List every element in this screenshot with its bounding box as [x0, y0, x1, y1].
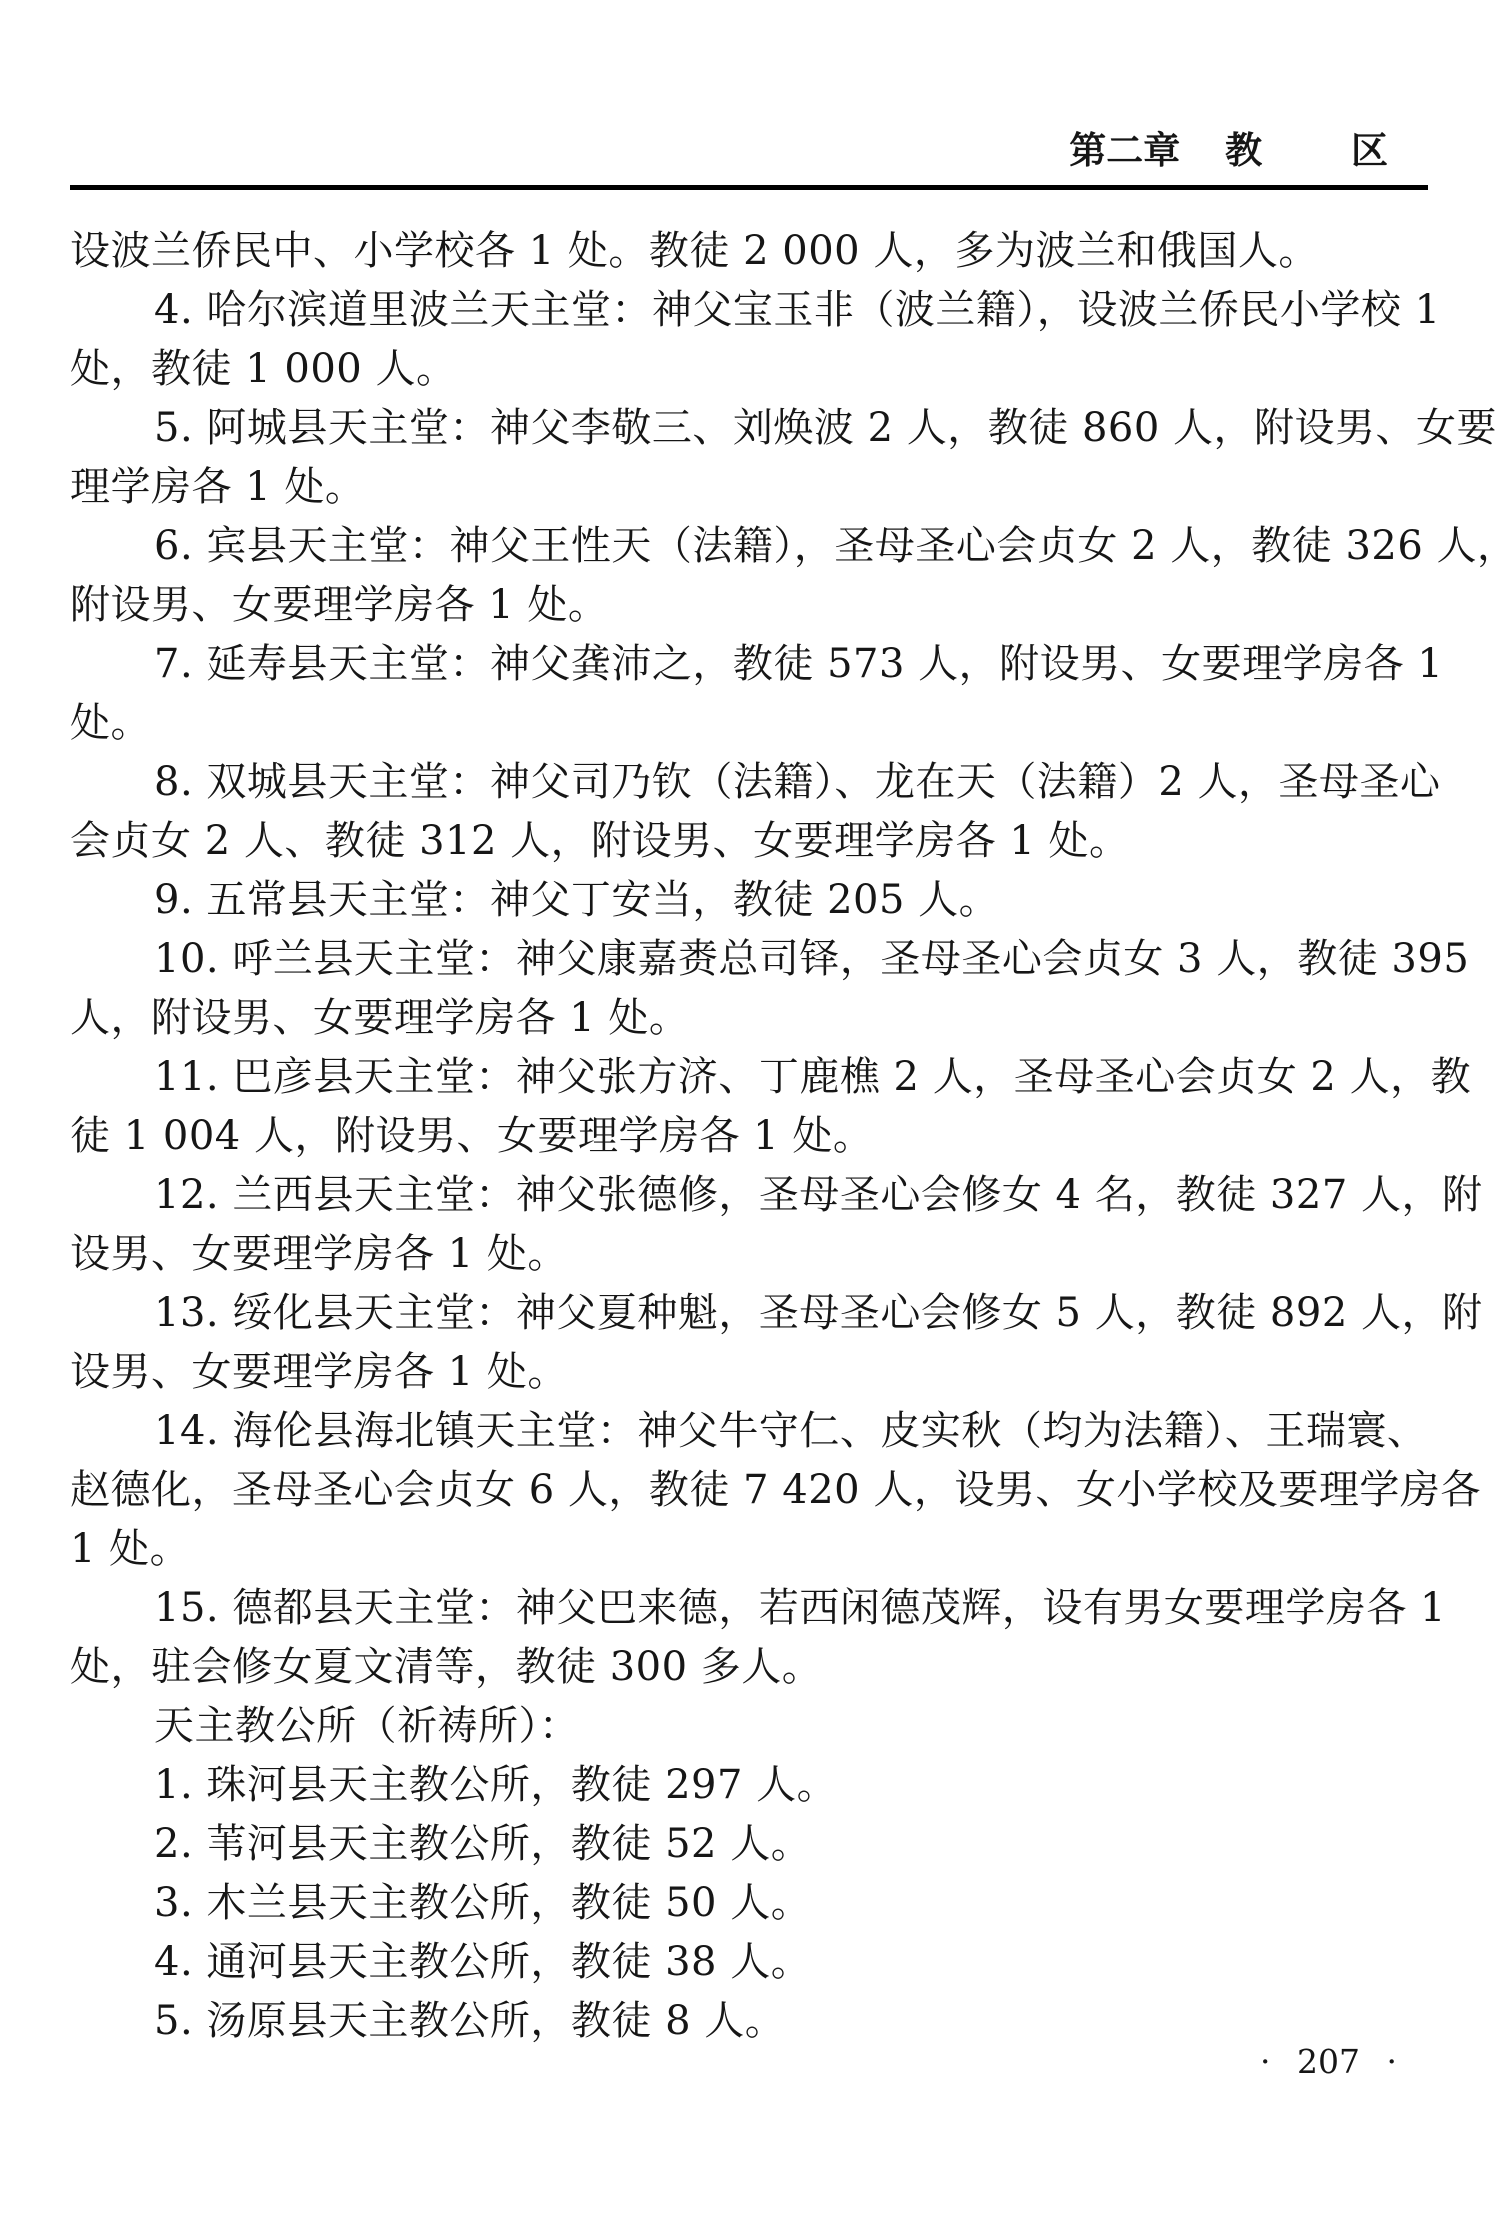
page-footer: · 207 ·	[1260, 2038, 1397, 2086]
text-line: 2. 苇河县天主教公所，教徒 52 人。	[70, 1815, 1428, 1874]
text-line: 8. 双城县天主堂：神父司乃钦（法籍）、龙在天（法籍）2 人，圣母圣心	[70, 753, 1428, 812]
text-line: 赵德化，圣母圣心会贞女 6 人，教徒 7 420 人，设男、女小学校及要理学房各	[70, 1461, 1428, 1520]
footer-dot-left: ·	[1260, 2042, 1271, 2081]
book-page: 第二章 教 区 设波兰侨民中、小学校各 1 处。教徒 2 000 人，多为波兰和…	[0, 0, 1500, 2221]
text-line: 天主教公所（祈祷所）：	[70, 1697, 1428, 1756]
text-line: 1. 珠河县天主教公所，教徒 297 人。	[70, 1756, 1428, 1815]
text-line: 人，附设男、女要理学房各 1 处。	[70, 989, 1428, 1048]
page-number: 207	[1297, 2042, 1360, 2081]
text-line: 9. 五常县天主堂：神父丁安当，教徒 205 人。	[70, 871, 1428, 930]
text-line: 设男、女要理学房各 1 处。	[70, 1225, 1428, 1284]
text-line: 会贞女 2 人、教徒 312 人，附设男、女要理学房各 1 处。	[70, 812, 1428, 871]
text-line: 13. 绥化县天主堂：神父夏种魁，圣母圣心会修女 5 人，教徒 892 人，附	[70, 1284, 1428, 1343]
text-line: 设男、女要理学房各 1 处。	[70, 1343, 1428, 1402]
text-line: 徒 1 004 人，附设男、女要理学房各 1 处。	[70, 1107, 1428, 1166]
running-header: 第二章 教 区	[70, 130, 1388, 172]
text-line: 6. 宾县天主堂：神父王性天（法籍），圣母圣心会贞女 2 人，教徒 326 人，	[70, 517, 1428, 576]
text-line: 15. 德都县天主堂：神父巴来德，若西闲德茂辉，设有男女要理学房各 1	[70, 1579, 1428, 1638]
text-line: 1 处。	[70, 1520, 1428, 1579]
footer-dot-right: ·	[1387, 2042, 1398, 2081]
text-line: 3. 木兰县天主教公所，教徒 50 人。	[70, 1874, 1428, 1933]
text-line: 5. 阿城县天主堂：神父李敬三、刘焕波 2 人，教徒 860 人，附设男、女要	[70, 399, 1428, 458]
text-line: 7. 延寿县天主堂：神父龚沛之，教徒 573 人，附设男、女要理学房各 1	[70, 635, 1428, 694]
text-line: 14. 海伦县海北镇天主堂：神父牛守仁、皮实秋（均为法籍）、王瑞寰、	[70, 1402, 1428, 1461]
chapter-number-label: 第二章	[1069, 130, 1180, 172]
chapter-title-word-2: 区	[1351, 130, 1388, 172]
text-line: 11. 巴彦县天主堂：神父张方济、丁鹿樵 2 人，圣母圣心会贞女 2 人，教	[70, 1048, 1428, 1107]
text-line: 处。	[70, 694, 1428, 753]
text-line: 10. 呼兰县天主堂：神父康嘉赉总司铎，圣母圣心会贞女 3 人，教徒 395	[70, 930, 1428, 989]
text-line: 附设男、女要理学房各 1 处。	[70, 576, 1428, 635]
text-line: 理学房各 1 处。	[70, 458, 1428, 517]
text-line: 处，教徒 1 000 人。	[70, 340, 1428, 399]
header-rule	[70, 185, 1428, 190]
text-line: 设波兰侨民中、小学校各 1 处。教徒 2 000 人，多为波兰和俄国人。	[70, 222, 1428, 281]
text-line: 4. 哈尔滨道里波兰天主堂：神父宝玉非（波兰籍），设波兰侨民小学校 1	[70, 281, 1428, 340]
body-text: 设波兰侨民中、小学校各 1 处。教徒 2 000 人，多为波兰和俄国人。4. 哈…	[70, 222, 1428, 2051]
text-line: 5. 汤原县天主教公所，教徒 8 人。	[70, 1992, 1428, 2051]
text-line: 处，驻会修女夏文清等，教徒 300 多人。	[70, 1638, 1428, 1697]
text-line: 4. 通河县天主教公所，教徒 38 人。	[70, 1933, 1428, 1992]
text-line: 12. 兰西县天主堂：神父张德修，圣母圣心会修女 4 名，教徒 327 人，附	[70, 1166, 1428, 1225]
chapter-title-word-1: 教	[1225, 130, 1262, 172]
